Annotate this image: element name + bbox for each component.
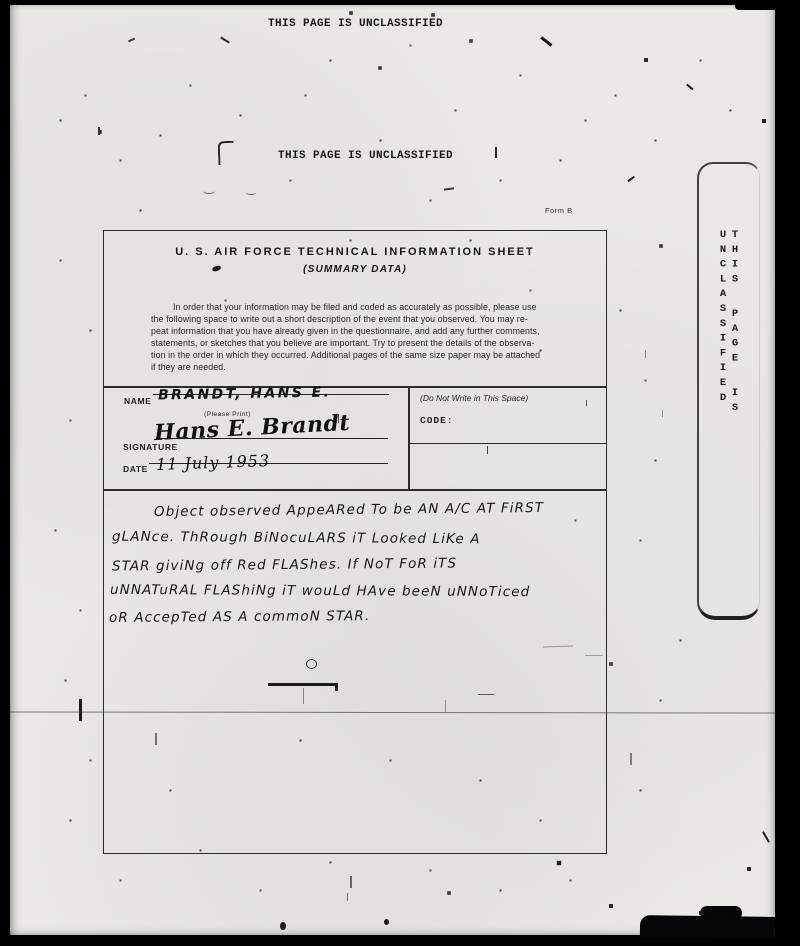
narrative-line: STAR giviNg off Red FLAShes. If NoT FoR …	[112, 555, 457, 574]
form-subtitle: (SUMMARY DATA)	[104, 264, 606, 275]
signature-handwritten-value: Hans E. Brandt	[153, 410, 350, 446]
stray-mark	[487, 446, 488, 454]
stray-circle-mark	[306, 659, 317, 669]
name-label: NAME	[124, 396, 151, 406]
divider-line	[408, 443, 606, 444]
instruction-line: the following space to write out a short…	[151, 314, 581, 326]
divider-line	[104, 489, 606, 491]
instruction-line: statements, or sketches that you believe…	[151, 338, 581, 350]
stray-heavy-dash	[268, 683, 338, 686]
stray-mark	[203, 188, 215, 194]
narrative-line: gLANce. ThRough BiNocuLARS iT Looked LiK…	[112, 529, 481, 548]
form-number-label: Form B	[545, 206, 573, 215]
scan-border-left	[0, 0, 10, 946]
name-handwritten-value: BRANDT, HANS E.	[158, 384, 331, 403]
stray-mark	[585, 655, 603, 656]
stray-mark	[445, 700, 446, 712]
stray-mark	[280, 922, 286, 930]
instruction-line: tion in the order in which they occurred…	[151, 350, 581, 362]
stray-mark	[79, 699, 82, 721]
scan-border-right	[775, 0, 800, 946]
stray-mark	[338, 414, 339, 423]
do-not-write-notice: (Do Not Write in This Space)	[420, 393, 528, 403]
stray-mark	[350, 876, 352, 888]
stray-mark	[586, 400, 587, 406]
stray-mark	[155, 733, 157, 745]
stray-mark	[495, 147, 497, 158]
form-title: U. S. AIR FORCE TECHNICAL INFORMATION SH…	[104, 246, 606, 258]
form-instructions: In order that your information may be fi…	[151, 302, 581, 373]
side-stamp-vertical-text: THIS PAGE IS UNCLASSIFIED	[717, 229, 741, 569]
date-label: DATE	[123, 464, 148, 474]
classification-stamp-top: THIS PAGE IS UNCLASSIFIED	[268, 18, 443, 30]
stray-mark	[645, 350, 646, 358]
scan-noise	[0, 0, 2, 2]
divider-line	[408, 386, 410, 489]
instruction-line: peat information that you have already g…	[151, 326, 581, 338]
technical-information-sheet-form: U. S. AIR FORCE TECHNICAL INFORMATION SH…	[103, 230, 607, 854]
stray-mark	[347, 893, 348, 901]
scanned-document-page: THIS PAGE IS UNCLASSIFIED THIS PAGE IS U…	[0, 0, 800, 946]
date-handwritten-value: 11 July 1953	[156, 451, 271, 474]
stray-mark	[98, 127, 100, 135]
stray-mark	[384, 919, 389, 925]
stray-mark	[303, 688, 304, 704]
instruction-line: if they are needed.	[151, 362, 581, 374]
stray-mark	[478, 694, 494, 695]
narrative-line: uNNATuRAL FLAShiNg iT wouLd HAve beeN uN…	[110, 582, 530, 600]
scan-smudge	[700, 906, 742, 920]
code-label: CODE:	[420, 415, 454, 426]
classification-stamp-middle: THIS PAGE IS UNCLASSIFIED	[278, 150, 453, 162]
stray-mark	[246, 190, 256, 195]
narrative-line: Object observed AppeARed To be AN A/C AT…	[154, 500, 544, 520]
stray-corner-mark	[218, 141, 235, 166]
stray-heavy-dash	[335, 683, 338, 691]
narrative-line: oR AccepTed AS A commoN STAR.	[109, 608, 370, 626]
scan-border-top	[0, 0, 800, 5]
instruction-line: In order that your information may be fi…	[151, 302, 581, 314]
stray-mark	[630, 753, 632, 765]
stray-mark	[662, 410, 663, 417]
